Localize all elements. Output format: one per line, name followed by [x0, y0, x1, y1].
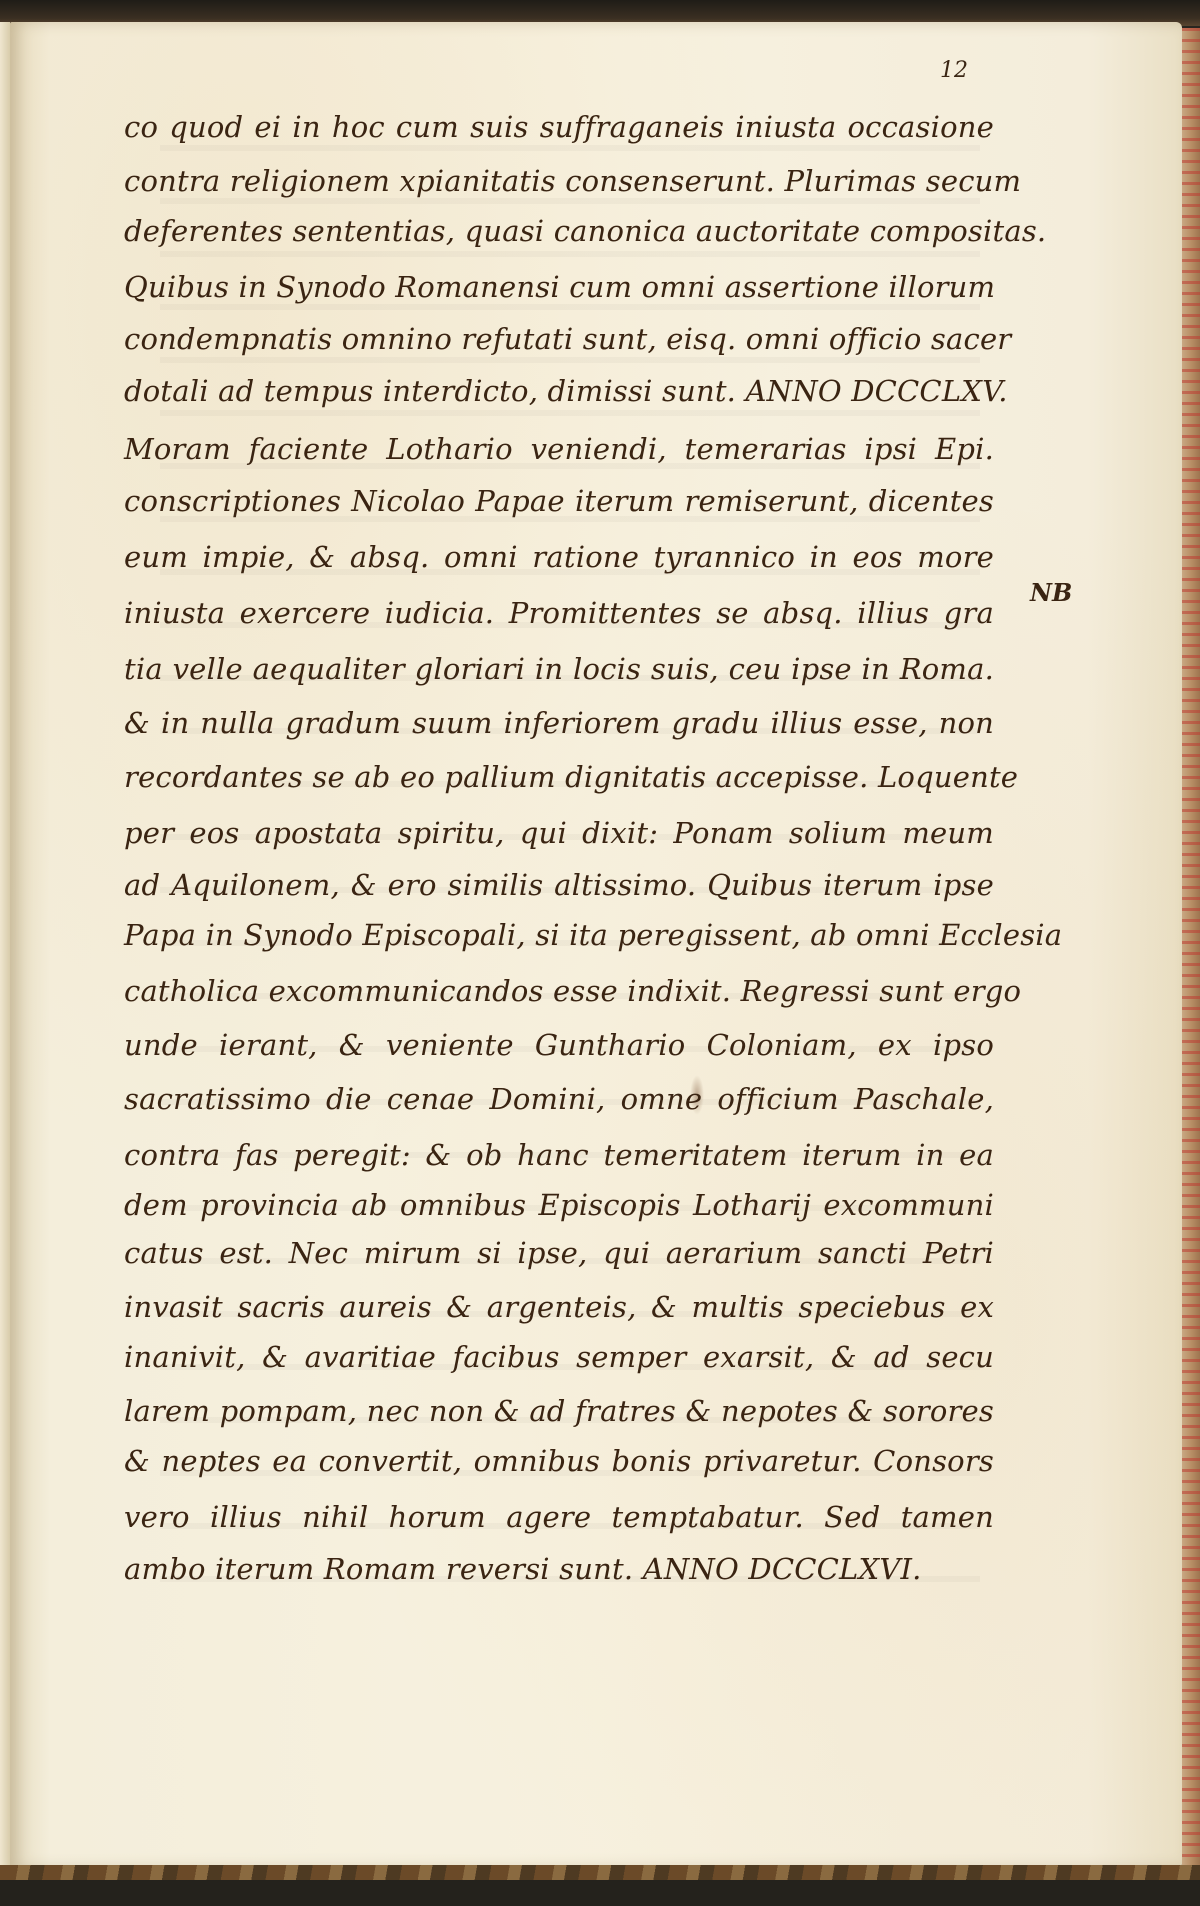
- text-line: iniusta exercere iudicia. Promittentes s…: [124, 586, 994, 640]
- red-sprinkled-fore-edge: [1182, 28, 1200, 1868]
- text-line: recordantes se ab eo pallium dignitatis …: [124, 750, 994, 804]
- text-line: condempnatis omnino refutati sunt, eisq.…: [124, 312, 994, 366]
- text-line: ad Aquilonem, & ero similis altissimo. Q…: [124, 858, 994, 912]
- text-line: conscriptiones Nicolao Papae iterum remi…: [124, 474, 994, 528]
- margin-note-nota-bene: NB: [1030, 578, 1072, 607]
- text-line: per eos apostata spiritu, qui dixit: Pon…: [124, 806, 994, 860]
- text-line: Quibus in Synodo Romanensi cum omni asse…: [124, 260, 994, 314]
- text-line: Moram faciente Lothario veniendi, temera…: [124, 422, 994, 476]
- text-line: eum impie, & absq. omni ratione tyrannic…: [124, 530, 994, 584]
- text-line: & neptes ea convertit, omnibus bonis pri…: [124, 1434, 994, 1488]
- background-bottom: [0, 1880, 1200, 1906]
- text-line: larem pompam, nec non & ad fratres & nep…: [124, 1384, 994, 1438]
- text-line: dotali ad tempus interdicto, dimissi sun…: [124, 364, 994, 418]
- text-line: unde ierant, & veniente Gunthario Coloni…: [124, 1018, 994, 1072]
- text-line: tia velle aequaliter gloriari in locis s…: [124, 642, 994, 696]
- text-line: sacratissimo die cenae Domini, omne offi…: [124, 1072, 994, 1126]
- text-line: vero illius nihil horum agere temptabatu…: [124, 1490, 994, 1544]
- text-line: deferentes sententias, quasi canonica au…: [124, 204, 994, 258]
- facing-leaf-edge: [0, 22, 10, 1867]
- text-line: & in nulla gradum suum inferiorem gradu …: [124, 696, 994, 750]
- text-line: catus est. Nec mirum si ipse, qui aerari…: [124, 1226, 994, 1280]
- text-line: Papa in Synodo Episcopali, si ita peregi…: [124, 908, 994, 962]
- text-line: co quod ei in hoc cum suis suffraganeis …: [124, 100, 994, 154]
- text-line: dem provincia ab omnibus Episcopis Lotha…: [124, 1178, 994, 1232]
- text-line: contra religionem xpianitatis consenseru…: [124, 154, 994, 208]
- text-line: catholica excommunicandos esse indixit. …: [124, 964, 994, 1018]
- text-line: ambo iterum Romam reversi sunt. ANNO DCC…: [124, 1542, 994, 1596]
- text-line: invasit sacris aureis & argenteis, & mul…: [124, 1280, 994, 1334]
- folio-number: 12: [940, 58, 968, 83]
- text-line: inanivit, & avaritiae facibus semper exa…: [124, 1330, 994, 1384]
- text-line: contra fas peregit: & ob hanc temeritate…: [124, 1128, 994, 1182]
